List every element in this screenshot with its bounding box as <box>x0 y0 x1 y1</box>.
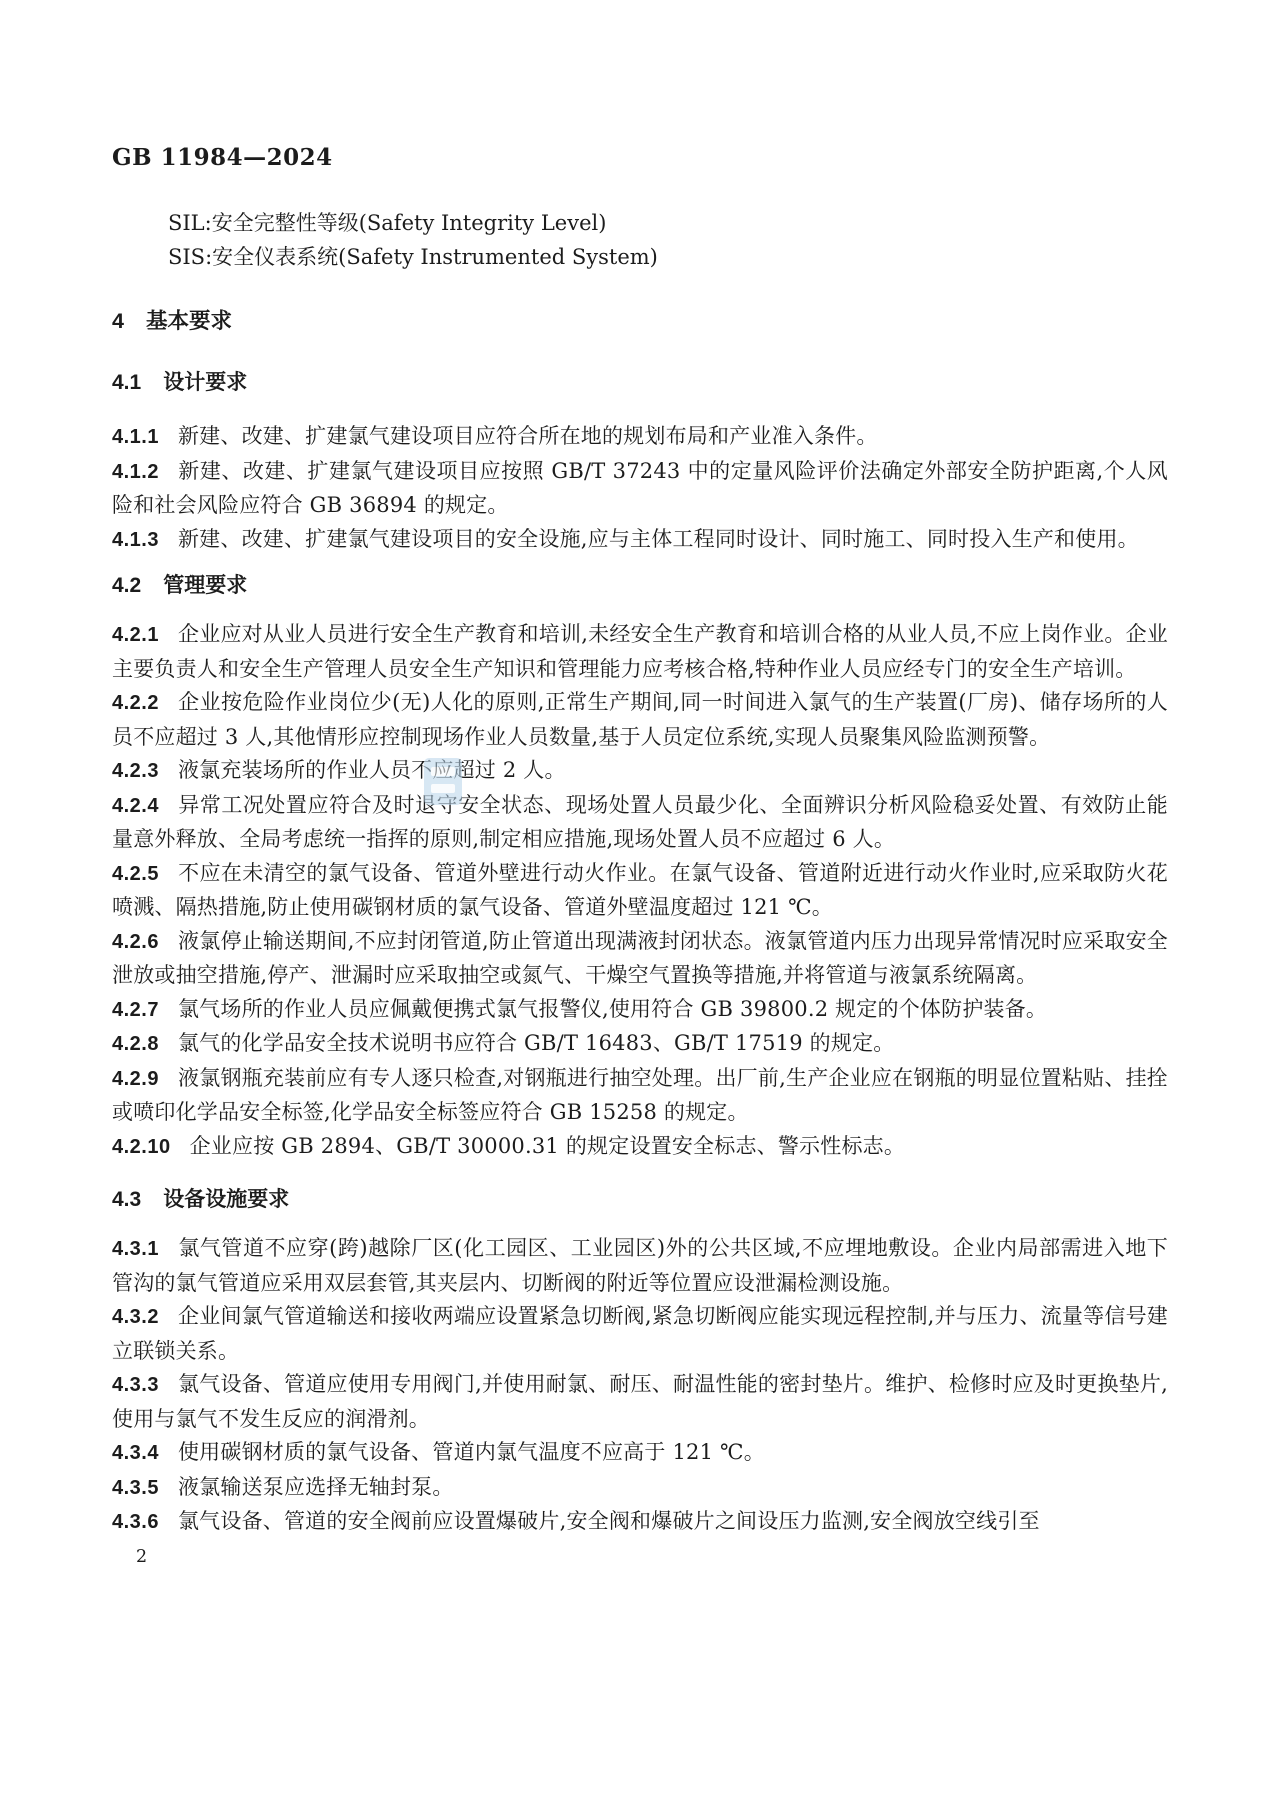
clause-4.2.1: 4.2.1企业应对从业人员进行安全生产教育和培训,未经安全生产教育和培训合格的从… <box>112 618 1168 686</box>
abbreviation-list: SIL:安全完整性等级(Safety Integrity Level) SIS:… <box>112 206 1168 274</box>
clause-number: 4.3.2 <box>112 1306 159 1328</box>
clause-4.1.1: 4.1.1新建、改建、扩建氯气建设项目应符合所在地的规划布局和产业准入条件。 <box>112 420 1168 455</box>
clause-number: 4.2.8 <box>112 1033 159 1055</box>
clause-text: 不应在未清空的氯气设备、管道外壁进行动火作业。在氯气设备、管道附近进行动火作业时… <box>112 861 1168 920</box>
clause-text: 液氯钢瓶充装前应有专人逐只检查,对钢瓶进行抽空处理。出厂前,生产企业应在钢瓶的明… <box>112 1066 1168 1125</box>
clause-text: 企业间氯气管道输送和接收两端应设置紧急切断阀,紧急切断阀应能实现远程控制,并与压… <box>112 1304 1168 1363</box>
clause-text: 氯气场所的作业人员应佩戴便携式氯气报警仪,使用符合 GB 39800.2 规定的… <box>178 997 1047 1021</box>
clause-text: 液氯停止输送期间,不应封闭管道,防止管道出现满液封闭状态。液氯管道内压力出现异常… <box>112 929 1168 988</box>
clause-number: 4.3.4 <box>112 1442 159 1464</box>
section-number: 4.1 <box>112 366 141 400</box>
sections-container: 4.1设计要求4.1.1新建、改建、扩建氯气建设项目应符合所在地的规划布局和产业… <box>112 366 1168 1540</box>
clause-text: 新建、改建、扩建氯气建设项目的安全设施,应与主体工程同时设计、同时施工、同时投入… <box>178 527 1139 551</box>
abbreviation-line-sil: SIL:安全完整性等级(Safety Integrity Level) <box>112 206 1168 240</box>
clause-number: 4.2.4 <box>112 795 159 817</box>
clause-number: 4.2.3 <box>112 760 159 782</box>
clause-number: 4.2.7 <box>112 999 159 1021</box>
clause-4.3.1: 4.3.1氯气管道不应穿(跨)越除厂区(化工园区、工业园区)外的公共区域,不应埋… <box>112 1232 1168 1300</box>
clause-number: 4.2.9 <box>112 1068 159 1090</box>
clause-number: 4.3.1 <box>112 1238 159 1260</box>
section-heading-4.2: 4.2管理要求 <box>112 569 1168 603</box>
clause-number: 4.3.6 <box>112 1511 159 1533</box>
clause-4.1.2: 4.1.2新建、改建、扩建氯气建设项目应按照 GB/T 37243 中的定量风险… <box>112 455 1168 523</box>
chapter-title: 基本要求 <box>146 309 232 333</box>
clause-text: 使用碳钢材质的氯气设备、管道内氯气温度不应高于 121 ℃。 <box>178 1440 765 1464</box>
clause-4.2.10: 4.2.10企业应按 GB 2894、GB/T 30000.31 的规定设置安全… <box>112 1130 1168 1165</box>
clause-text: 异常工况处置应符合及时退守安全状态、现场处置人员最少化、全面辨识分析风险稳妥处置… <box>112 793 1168 852</box>
clause-number: 4.1.3 <box>112 529 159 551</box>
clause-number: 4.1.2 <box>112 461 159 483</box>
clause-4.1.3: 4.1.3新建、改建、扩建氯气建设项目的安全设施,应与主体工程同时设计、同时施工… <box>112 523 1168 558</box>
section-number: 4.2 <box>112 569 141 603</box>
clause-4.2.3: 4.2.3液氯充装场所的作业人员不应超过 2 人。 <box>112 754 1168 789</box>
clause-4.2.8: 4.2.8氯气的化学品安全技术说明书应符合 GB/T 16483、GB/T 17… <box>112 1027 1168 1062</box>
clause-text: 企业应按 GB 2894、GB/T 30000.31 的规定设置安全标志、警示性… <box>190 1134 905 1158</box>
clause-4.2.6: 4.2.6液氯停止输送期间,不应封闭管道,防止管道出现满液封闭状态。液氯管道内压… <box>112 925 1168 993</box>
chapter-number: 4 <box>112 304 124 338</box>
clause-number: 4.2.6 <box>112 931 159 953</box>
clause-text: 新建、改建、扩建氯气建设项目应按照 GB/T 37243 中的定量风险评价法确定… <box>112 459 1168 518</box>
clause-text: 氯气的化学品安全技术说明书应符合 GB/T 16483、GB/T 17519 的… <box>178 1031 895 1055</box>
chapter-heading: 4基本要求 <box>112 304 1168 338</box>
clause-text: 企业按危险作业岗位少(无)人化的原则,正常生产期间,同一时间进入氯气的生产装置(… <box>112 690 1168 749</box>
section-title: 设备设施要求 <box>163 1188 289 1211</box>
clause-4.3.4: 4.3.4使用碳钢材质的氯气设备、管道内氯气温度不应高于 121 ℃。 <box>112 1436 1168 1471</box>
clause-4.2.2: 4.2.2企业按危险作业岗位少(无)人化的原则,正常生产期间,同一时间进入氯气的… <box>112 686 1168 754</box>
document-page: GB 11984—2024 SIL:安全完整性等级(Safety Integri… <box>0 0 1280 1808</box>
section-heading-4.3: 4.3设备设施要求 <box>112 1183 1168 1217</box>
clause-number: 4.3.5 <box>112 1477 159 1499</box>
clause-text: 氯气设备、管道应使用专用阀门,并使用耐氯、耐压、耐温性能的密封垫片。维护、检修时… <box>112 1372 1168 1431</box>
clause-text: 液氯充装场所的作业人员不应超过 2 人。 <box>178 758 566 782</box>
section-4.1: 4.1设计要求4.1.1新建、改建、扩建氯气建设项目应符合所在地的规划布局和产业… <box>112 366 1168 557</box>
clause-number: 4.3.3 <box>112 1374 159 1396</box>
section-number: 4.3 <box>112 1183 141 1217</box>
standard-number: GB 11984—2024 <box>112 146 1168 170</box>
section-4.2: 4.2管理要求4.2.1企业应对从业人员进行安全生产教育和培训,未经安全生产教育… <box>112 569 1168 1164</box>
clause-4.3.3: 4.3.3氯气设备、管道应使用专用阀门,并使用耐氯、耐压、耐温性能的密封垫片。维… <box>112 1368 1168 1436</box>
clause-number: 4.2.1 <box>112 624 159 646</box>
clause-number: 4.2.2 <box>112 692 159 714</box>
clause-4.3.5: 4.3.5液氯输送泵应选择无轴封泵。 <box>112 1471 1168 1506</box>
clause-text: 企业应对从业人员进行安全生产教育和培训,未经安全生产教育和培训合格的从业人员,不… <box>112 622 1168 681</box>
clause-text: 液氯输送泵应选择无轴封泵。 <box>178 1475 454 1499</box>
clause-4.2.4: 4.2.4异常工况处置应符合及时退守安全状态、现场处置人员最少化、全面辨识分析风… <box>112 789 1168 857</box>
page-number: 2 <box>112 1546 1168 1568</box>
section-title: 管理要求 <box>163 574 247 597</box>
section-4.3: 4.3设备设施要求4.3.1氯气管道不应穿(跨)越除厂区(化工园区、工业园区)外… <box>112 1183 1168 1540</box>
clause-number: 4.1.1 <box>112 426 159 448</box>
clause-text: 氯气设备、管道的安全阀前应设置爆破片,安全阀和爆破片之间设压力监测,安全阀放空线… <box>178 1509 1040 1533</box>
abbreviation-line-sis: SIS:安全仪表系统(Safety Instrumented System) <box>112 240 1168 274</box>
clause-text: 新建、改建、扩建氯气建设项目应符合所在地的规划布局和产业准入条件。 <box>178 424 878 448</box>
clause-number: 4.2.10 <box>112 1136 171 1158</box>
section-title: 设计要求 <box>163 371 247 394</box>
clause-4.2.5: 4.2.5不应在未清空的氯气设备、管道外壁进行动火作业。在氯气设备、管道附近进行… <box>112 857 1168 925</box>
clause-4.2.9: 4.2.9液氯钢瓶充装前应有专人逐只检查,对钢瓶进行抽空处理。出厂前,生产企业应… <box>112 1062 1168 1130</box>
clause-4.3.2: 4.3.2企业间氯气管道输送和接收两端应设置紧急切断阀,紧急切断阀应能实现远程控… <box>112 1300 1168 1368</box>
clause-4.2.7: 4.2.7氯气场所的作业人员应佩戴便携式氯气报警仪,使用符合 GB 39800.… <box>112 993 1168 1028</box>
clause-number: 4.2.5 <box>112 863 159 885</box>
clause-4.3.6: 4.3.6氯气设备、管道的安全阀前应设置爆破片,安全阀和爆破片之间设压力监测,安… <box>112 1505 1168 1540</box>
section-heading-4.1: 4.1设计要求 <box>112 366 1168 400</box>
clause-text: 氯气管道不应穿(跨)越除厂区(化工园区、工业园区)外的公共区域,不应埋地敷设。企… <box>112 1236 1168 1295</box>
